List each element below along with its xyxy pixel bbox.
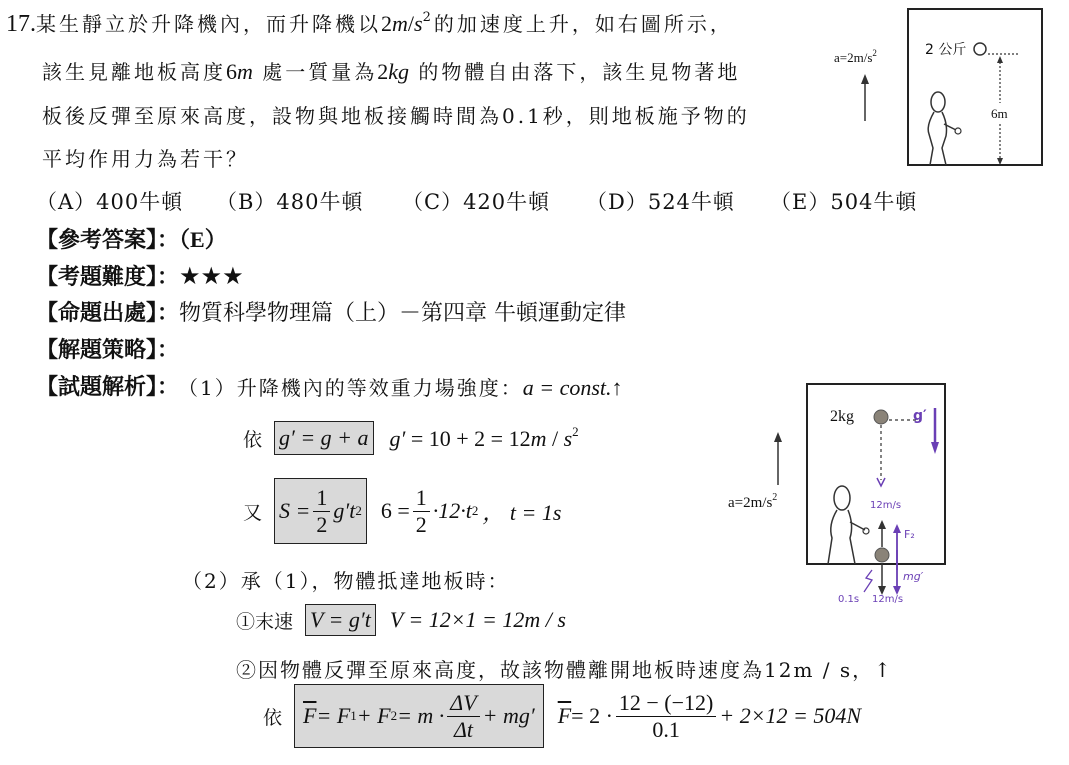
step1-label: （1）升降機內的等效重力場強度：a = const.↑	[178, 372, 623, 401]
option-b: （B）480牛頓	[216, 186, 364, 216]
step2-label: （2）承（1），物體抵達地板時：	[182, 565, 509, 594]
question-line-2: 該生見離地板高度6m 處一質量為2kg 的物體自由落下，該生見物著地	[42, 56, 740, 85]
elevator-diagram	[830, 6, 1050, 171]
question-line-3: 板後反彈至原來高度，設物與地板接觸時間為0.1秒，則地板施予物的	[42, 100, 750, 129]
g-prime-annotation: g′	[913, 408, 927, 424]
analysis-row: 【試題解析】：	[36, 370, 179, 401]
question-line-4: 平均作用力為若干？	[42, 143, 249, 172]
source-row: 【命題出處】：物質科學物理篇（上）－第四章 牛頓運動定律	[36, 296, 626, 327]
equation-3: ①末速 V = g′t V = 12×1 = 12m / s	[236, 604, 566, 636]
accel-label-2: a=2m/s2	[728, 492, 777, 512]
option-e: （E）504牛頓	[770, 186, 917, 216]
answer-value: （E）	[179, 227, 227, 252]
strategy-row: 【解題策略】：	[36, 333, 179, 364]
mass-label: 2 公斤	[925, 39, 966, 59]
formula-box-average-force: F = F1 + F2 = m · ΔVΔt + mg′	[294, 684, 544, 748]
equation-4: 依 F = F1 + F2 = m · ΔVΔt + mg′ F = 2 · 1…	[263, 684, 861, 748]
figure-elevator-solution: a=2m/s2 2kg g′ 12m/s F₂ mg′ 0.1s 12m/s	[720, 380, 960, 615]
source-value: 物質科學物理篇（上）－第四章 牛頓運動定律	[179, 301, 626, 326]
option-a: （A）400牛頓	[36, 186, 183, 216]
mg-annotation: mg′	[903, 570, 923, 583]
velocity-down-annotation: 12m/s	[870, 500, 901, 511]
formula-box-gprime: g′ = g + a	[274, 421, 374, 455]
equation-1: 依 g′ = g + a g′g′ = 10 + 2 = 12m / s = 1…	[243, 421, 579, 455]
time-annotation: 0.1s	[838, 594, 859, 605]
height-label: 6m	[991, 106, 1008, 122]
difficulty-row: 【考題難度】：★★★	[36, 260, 244, 291]
f2-annotation: F₂	[904, 528, 915, 541]
velocity-bottom-annotation: 12m/s	[872, 594, 903, 605]
equation-2: 又 S = 12 g′t2 6 = 12 ·12·t2 ， t = 1s	[243, 478, 561, 544]
difficulty-stars: ★★★	[179, 262, 244, 290]
answer-row: 【參考答案】：（E）	[36, 223, 227, 254]
formula-box-velocity: V = g′t	[305, 604, 376, 636]
question-line-1: 17.某生靜立於升降機內，而升降機以2m/s2的加速度上升，如右圖所示，	[6, 8, 733, 38]
option-d: （D）524牛頓	[586, 186, 735, 216]
figure-elevator-question: a=2m/s2 2 公斤 6m	[830, 6, 1050, 171]
mass-label-2: 2kg	[830, 408, 854, 426]
sub2-text: ②因物體反彈至原來高度，故該物體離開地板時速度為12m / s，↑	[236, 654, 893, 683]
formula-box-displacement: S = 12 g′t2	[274, 478, 367, 544]
accel-label: a=2m/s2	[834, 48, 877, 66]
option-c: （C）420牛頓	[402, 186, 550, 216]
question-number: 17.	[6, 11, 36, 37]
